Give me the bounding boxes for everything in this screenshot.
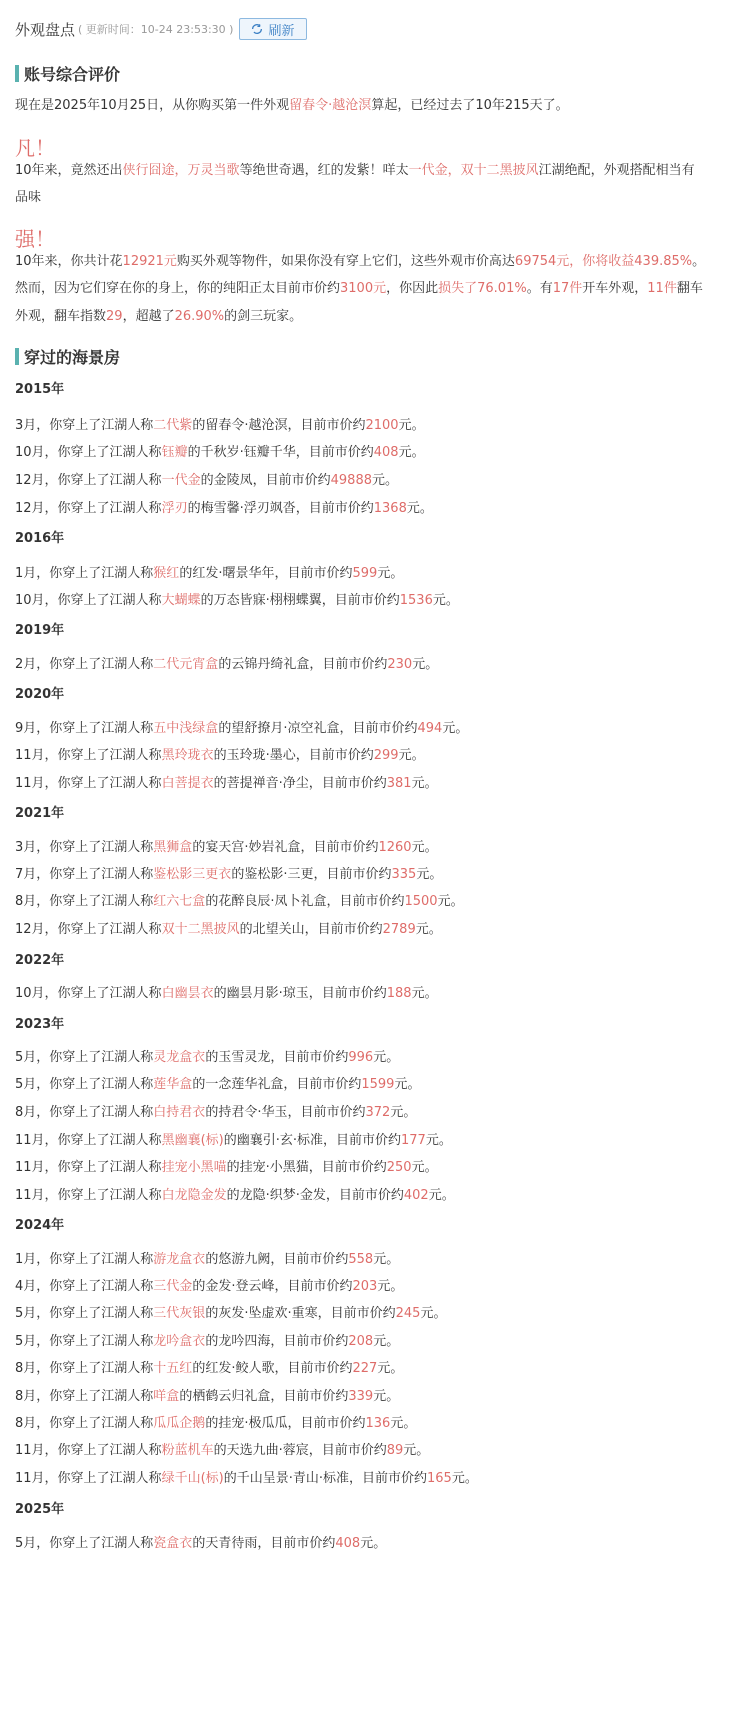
year-heading: 2016年 xyxy=(15,527,64,546)
item-month: 11月 xyxy=(15,1160,45,1175)
qiang-text: ，你因此 xyxy=(386,281,438,296)
list-item: 11月，你穿上了江湖人称白龙隐金发的龙隐·织梦·金发，目前市价约402元。 xyxy=(15,1184,455,1203)
item-name: 悠游九阙 xyxy=(218,1252,270,1267)
list-item: 10月，你穿上了江湖人称大蝴蝶的万态皆寐·栩栩蝶翼，目前市价约1536元。 xyxy=(15,589,459,608)
item-nickname: 猴红 xyxy=(153,566,179,581)
refresh-button[interactable]: 刷新 xyxy=(239,18,307,40)
item-text: 的 xyxy=(205,1252,218,1267)
item-text: ，你穿上了江湖人称 xyxy=(36,1361,153,1376)
item-text: 的 xyxy=(192,840,205,855)
item-text: ，目前市价约 xyxy=(296,445,374,460)
item-month: 8月 xyxy=(15,1105,36,1120)
list-item: 12月，你穿上了江湖人称双十二黑披风的北望关山，目前市价约2789元。 xyxy=(15,918,442,937)
item-month: 8月 xyxy=(15,1416,36,1431)
item-month: 12月 xyxy=(15,501,45,516)
item-text: ，目前市价约 xyxy=(270,1252,348,1267)
item-name: 金陵凤 xyxy=(214,473,253,488)
item-name: 红发·曙景华年 xyxy=(192,566,274,581)
item-text: ，你穿上了江湖人称 xyxy=(36,894,153,909)
item-text: ，你穿上了江湖人称 xyxy=(36,1105,153,1120)
item-nickname: 钰瓣 xyxy=(162,445,188,460)
item-name: 花醉良辰·凤卜礼盒 xyxy=(218,894,326,909)
item-text: ，你穿上了江湖人称 xyxy=(36,840,153,855)
item-text: 元。 xyxy=(433,593,459,608)
market-value: 69754元，你将收益439.85% xyxy=(515,254,692,269)
item-nickname: 龙吟盒衣 xyxy=(153,1334,205,1349)
item-text: ，你穿上了江湖人称 xyxy=(45,986,162,1001)
list-item: 11月，你穿上了江湖人称黑玲珑衣的玉玲珑·墨心，目前市价约299元。 xyxy=(15,744,425,763)
item-text: 的 xyxy=(240,922,253,937)
item-nickname: 黑狮盒 xyxy=(153,840,192,855)
qiang-text: 开车外观， xyxy=(582,281,647,296)
item-text: ，目前市价约 xyxy=(296,748,374,763)
item-text: ，目前市价约 xyxy=(309,776,387,791)
item-price: 49888 xyxy=(331,473,372,488)
item-price: 402 xyxy=(404,1188,429,1203)
section-title-text: 穿过的海景房 xyxy=(24,345,120,368)
fan-line2: 品味 xyxy=(15,184,41,212)
item-text: 元。 xyxy=(373,1050,399,1065)
item-text: 元。 xyxy=(403,1443,429,1458)
list-item: 1月，你穿上了江湖人称游龙盒衣的悠游九阙，目前市价约558元。 xyxy=(15,1248,399,1267)
item-price: 208 xyxy=(348,1334,373,1349)
item-text: 元。 xyxy=(420,1306,446,1321)
item-nickname: 白龙隐金发 xyxy=(162,1188,227,1203)
item-text: ，你穿上了江湖人称 xyxy=(36,1536,153,1551)
item-nickname: 灵龙盒衣 xyxy=(153,1050,205,1065)
item-name: 挂宠·极瓜瓜 xyxy=(218,1416,287,1431)
item-price: 381 xyxy=(387,776,412,791)
list-item: 11月，你穿上了江湖人称挂宠小黑喵的挂宠·小黑猫，目前市价约250元。 xyxy=(15,1156,438,1175)
item-name: 挂宠·小黑猫 xyxy=(240,1160,309,1175)
item-text: 的 xyxy=(192,1536,205,1551)
item-text: ，你穿上了江湖人称 xyxy=(36,1389,153,1404)
year-heading: 2015年 xyxy=(15,378,64,397)
item-text: 元。 xyxy=(407,501,433,516)
item-month: 8月 xyxy=(15,1389,36,1404)
item-text: 的 xyxy=(192,1077,205,1092)
item-month: 11月 xyxy=(15,1443,45,1458)
item-text: ，你穿上了江湖人称 xyxy=(36,1077,153,1092)
item-text: 元。 xyxy=(438,894,464,909)
list-item: 5月，你穿上了江湖人称灵龙盒衣的玉雪灵龙，目前市价约996元。 xyxy=(15,1046,399,1065)
item-text: 元。 xyxy=(390,1416,416,1431)
item-nickname: 白持君衣 xyxy=(153,1105,205,1120)
item-name: 千山呈景·青山·标准 xyxy=(237,1471,349,1486)
item-nickname: 五中浅绿盒 xyxy=(153,721,218,736)
item-text: ，你穿上了江湖人称 xyxy=(36,1050,153,1065)
item-price: 177 xyxy=(401,1133,426,1148)
item-text: ，目前市价约 xyxy=(257,1536,335,1551)
item-name: 玉玲珑·墨心 xyxy=(227,748,296,763)
item-name: 幽襄引·玄·标准 xyxy=(237,1133,323,1148)
item-name: 持君令·华玉 xyxy=(218,1105,287,1120)
item-name: 梅雪馨·浮刃飒沓 xyxy=(201,501,296,516)
list-item: 5月，你穿上了江湖人称瓷盒衣的天青待雨，目前市价约408元。 xyxy=(15,1532,386,1551)
fan-text: 10年来，竟然还出 xyxy=(15,163,123,178)
refresh-label: 刷新 xyxy=(268,20,294,39)
item-name: 幽昙月影·琼玉 xyxy=(227,986,309,1001)
item-nickname: 咩盒 xyxy=(153,1389,179,1404)
page-title: 外观盘点 xyxy=(15,19,75,40)
item-nickname: 浮刃 xyxy=(162,501,188,516)
item-text: 元。 xyxy=(452,1471,478,1486)
item-text: 元。 xyxy=(416,922,442,937)
item-price: 136 xyxy=(365,1416,390,1431)
item-text: ，目前市价约 xyxy=(339,721,417,736)
item-price: 996 xyxy=(348,1050,373,1065)
item-text: ，你穿上了江湖人称 xyxy=(45,1133,162,1148)
item-text: 的 xyxy=(205,1105,218,1120)
qiang-text: 翻车 xyxy=(677,281,703,296)
item-text: ，目前市价约 xyxy=(270,1334,348,1349)
item-month: 8月 xyxy=(15,894,36,909)
list-item: 8月，你穿上了江湖人称十五红的红发·鲛人歌，目前市价约227元。 xyxy=(15,1357,403,1376)
item-month: 10月 xyxy=(15,593,45,608)
qiang-text: 购买外观等物件，如果你没有穿上它们，这些外观市价高达 xyxy=(177,254,515,269)
item-text: 元。 xyxy=(390,1105,416,1120)
item-text: ，目前市价约 xyxy=(326,894,404,909)
list-item: 8月，你穿上了江湖人称白持君衣的持君令·华玉，目前市价约372元。 xyxy=(15,1101,416,1120)
section-title-evaluation: 账号综合评价 xyxy=(15,62,120,84)
item-text: ，你穿上了江湖人称 xyxy=(36,1252,153,1267)
item-price: 1260 xyxy=(378,840,411,855)
item-text: 元。 xyxy=(373,1252,399,1267)
item-name: 玉雪灵龙 xyxy=(218,1050,270,1065)
item-text: 的 xyxy=(205,1334,218,1349)
qiang-text: 10年来，你共计花 xyxy=(15,254,123,269)
list-item: 5月，你穿上了江湖人称三代灰银的灰发·坠虚欢·重寒，目前市价约245元。 xyxy=(15,1302,446,1321)
item-nickname: 瓷盒衣 xyxy=(153,1536,192,1551)
item-text: ，目前市价约 xyxy=(318,1306,396,1321)
item-price: 2100 xyxy=(365,418,398,433)
item-month: 5月 xyxy=(15,1077,36,1092)
item-name: 千秋岁·钰瓣千华 xyxy=(201,445,296,460)
item-text: 的 xyxy=(192,1279,205,1294)
list-item: 7月，你穿上了江湖人称鉴松影三更衣的鉴松影·三更，目前市价约335元。 xyxy=(15,863,442,882)
item-text: 的 xyxy=(201,593,214,608)
year-heading: 2022年 xyxy=(15,949,64,968)
item-text: 元。 xyxy=(412,657,438,672)
item-text: 元。 xyxy=(426,1133,452,1148)
list-item: 10月，你穿上了江湖人称钰瓣的千秋岁·钰瓣千华，目前市价约408元。 xyxy=(15,441,425,460)
item-nickname: 粉蓝机车 xyxy=(162,1443,214,1458)
item-text: ，你穿上了江湖人称 xyxy=(36,721,153,736)
item-text: 的 xyxy=(179,1389,192,1404)
list-item: 9月，你穿上了江湖人称五中浅绿盒的望舒撩月·凉空礼盒，目前市价约494元。 xyxy=(15,717,468,736)
item-price: 1368 xyxy=(374,501,407,516)
item-text: 的 xyxy=(205,1416,218,1431)
item-nickname: 瓜瓜企鹅 xyxy=(153,1416,205,1431)
item-price: 408 xyxy=(335,1536,360,1551)
item-text: 元。 xyxy=(412,840,438,855)
item-nickname: 黑幽襄(标) xyxy=(162,1133,224,1148)
list-item: 3月，你穿上了江湖人称黑狮盒的宴天宫·妙岩礼盒，目前市价约1260元。 xyxy=(15,836,438,855)
item-price: 230 xyxy=(387,657,412,672)
rank-percent: 26.90% xyxy=(175,309,225,324)
item-nickname: 莲华盒 xyxy=(153,1077,192,1092)
item-nickname: 鉴松影三更衣 xyxy=(153,867,231,882)
item-month: 11月 xyxy=(15,1188,45,1203)
item-text: 的 xyxy=(227,1188,240,1203)
item-month: 7月 xyxy=(15,867,36,882)
item-nickname: 二代紫 xyxy=(153,418,192,433)
item-name: 万态皆寐·栩栩蝶翼 xyxy=(214,593,322,608)
item-nickname: 红六七盒 xyxy=(153,894,205,909)
item-text: 的 xyxy=(231,867,244,882)
item-nickname: 绿千山(标) xyxy=(162,1471,224,1486)
item-price: 599 xyxy=(352,566,377,581)
item-text: ，你穿上了江湖人称 xyxy=(36,566,153,581)
item-month: 5月 xyxy=(15,1334,36,1349)
item-price: 1500 xyxy=(404,894,437,909)
item-month: 1月 xyxy=(15,1252,36,1267)
item-text: ，目前市价约 xyxy=(313,867,391,882)
item-price: 1599 xyxy=(361,1077,394,1092)
list-item: 8月，你穿上了江湖人称瓜瓜企鹅的挂宠·极瓜瓜，目前市价约136元。 xyxy=(15,1412,416,1431)
item-text: 的 xyxy=(218,657,231,672)
item-nickname: 白菩提衣 xyxy=(162,776,214,791)
item-name: 龙隐·织梦·金发 xyxy=(240,1188,326,1203)
item-month: 11月 xyxy=(15,776,45,791)
item-text: ，你穿上了江湖人称 xyxy=(45,501,162,516)
item-name: 天青待雨 xyxy=(205,1536,257,1551)
list-item: 12月，你穿上了江湖人称一代金的金陵凤，目前市价约49888元。 xyxy=(15,469,398,488)
item-text: ，你穿上了江湖人称 xyxy=(36,867,153,882)
item-text: ，目前市价约 xyxy=(287,1416,365,1431)
item-month: 12月 xyxy=(15,473,45,488)
intro-text: 现在是2025年10月25日，从你购买第一件外观留春令·越沧溟算起，已经过去了1… xyxy=(15,92,569,120)
item-text: 元。 xyxy=(442,721,468,736)
item-text: ，目前市价约 xyxy=(326,1188,404,1203)
item-price: 1536 xyxy=(400,593,433,608)
item-month: 5月 xyxy=(15,1306,36,1321)
qiang-line2: 然而，因为它们穿在你的身上，你的纯阳正太目前市价约3100元，你因此损失了76.… xyxy=(15,275,703,303)
list-item: 5月，你穿上了江湖人称龙吟盒衣的龙吟四海，目前市价约208元。 xyxy=(15,1330,399,1349)
item-text: 元。 xyxy=(412,776,438,791)
item-text: ，你穿上了江湖人称 xyxy=(45,473,162,488)
item-name: 望舒撩月·凉空礼盒 xyxy=(231,721,339,736)
item-text: ，目前市价约 xyxy=(296,501,374,516)
item-price: 299 xyxy=(374,748,399,763)
fan-line1: 10年来，竟然还出侠行囧途，万灵当歌等绝世奇遇，红的发紫！咩太一代金，双十二黑披… xyxy=(15,157,695,185)
item-text: ，你穿上了江湖人称 xyxy=(45,922,162,937)
item-text: ，目前市价约 xyxy=(323,1133,401,1148)
item-text: 元。 xyxy=(373,1389,399,1404)
year-heading: 2025年 xyxy=(15,1498,64,1517)
item-nickname: 挂宠小黑喵 xyxy=(162,1160,227,1175)
item-text: ，目前市价约 xyxy=(287,418,365,433)
item-text: ，目前市价约 xyxy=(274,1361,352,1376)
item-month: 11月 xyxy=(15,1471,45,1486)
item-nickname: 大蝴蝶 xyxy=(162,593,201,608)
item-text: 元。 xyxy=(399,445,425,460)
item-text: 的 xyxy=(179,566,192,581)
item-price: 558 xyxy=(348,1252,373,1267)
item-nickname: 十五红 xyxy=(153,1361,192,1376)
item-text: ，你穿上了江湖人称 xyxy=(36,418,153,433)
item-text: 的 xyxy=(214,1443,227,1458)
item-text: ，目前市价约 xyxy=(283,1077,361,1092)
item-text: ，你穿上了江湖人称 xyxy=(45,1471,162,1486)
item-text: 元。 xyxy=(394,1077,420,1092)
fan-highlight: 一代金，双十二黑披风 xyxy=(409,163,539,178)
bad-count: 11件 xyxy=(647,281,677,296)
item-month: 9月 xyxy=(15,721,36,736)
year-heading: 2023年 xyxy=(15,1013,64,1032)
item-price: 227 xyxy=(352,1361,377,1376)
item-text: ，目前市价约 xyxy=(349,1471,427,1486)
year-heading: 2020年 xyxy=(15,683,64,702)
section-accent-bar xyxy=(15,65,19,82)
item-name: 鉴松影·三更 xyxy=(244,867,313,882)
item-text: ，目前市价约 xyxy=(287,1105,365,1120)
list-item: 11月，你穿上了江湖人称粉蓝机车的天选九曲·蓉宸，目前市价约89元。 xyxy=(15,1439,429,1458)
item-text: ，目前市价约 xyxy=(270,1389,348,1404)
qiang-text: 。有 xyxy=(527,281,553,296)
list-item: 8月，你穿上了江湖人称红六七盒的花醉良辰·凤卜礼盒，目前市价约1500元。 xyxy=(15,890,464,909)
item-text: ，目前市价约 xyxy=(309,1160,387,1175)
list-item: 11月，你穿上了江湖人称黑幽襄(标)的幽襄引·玄·标准，目前市价约177元。 xyxy=(15,1129,452,1148)
section-title-history: 穿过的海景房 xyxy=(15,345,120,367)
item-month: 3月 xyxy=(15,840,36,855)
qiang-line3: 外观，翻车指数29，超越了26.90%的剑三玩家。 xyxy=(15,303,302,331)
list-item: 11月，你穿上了江湖人称白菩提衣的菩提禅音·净尘，目前市价约381元。 xyxy=(15,772,438,791)
item-text: 元。 xyxy=(412,1160,438,1175)
item-price: 203 xyxy=(352,1279,377,1294)
refresh-icon xyxy=(250,22,264,36)
item-text: ，目前市价约 xyxy=(300,840,378,855)
item-text: ，你穿上了江湖人称 xyxy=(36,1416,153,1431)
item-nickname: 黑玲珑衣 xyxy=(162,748,214,763)
item-text: 元。 xyxy=(372,473,398,488)
qiang-text: 外观，翻车指数 xyxy=(15,309,106,324)
item-nickname: 三代灰银 xyxy=(153,1306,205,1321)
item-text: ，你穿上了江湖人称 xyxy=(45,1188,162,1203)
item-price: 165 xyxy=(427,1471,452,1486)
qiang-text: 然而，因为它们穿在你的身上，你的纯阳正太目前市价约 xyxy=(15,281,340,296)
item-text: 的 xyxy=(192,1361,205,1376)
item-text: ，你穿上了江湖人称 xyxy=(45,593,162,608)
item-text: 元。 xyxy=(416,867,442,882)
item-name: 天选九曲·蓉宸 xyxy=(227,1443,309,1458)
item-price: 250 xyxy=(387,1160,412,1175)
first-outfit: 留春令·越沧溟 xyxy=(289,98,371,113)
item-text: ，你穿上了江湖人称 xyxy=(45,1160,162,1175)
list-item: 1月，你穿上了江湖人称猴红的红发·曙景华年，目前市价约599元。 xyxy=(15,562,403,581)
item-month: 8月 xyxy=(15,1361,36,1376)
item-text: ，目前市价约 xyxy=(253,473,331,488)
item-text: ，目前市价约 xyxy=(309,657,387,672)
item-price: 339 xyxy=(348,1389,373,1404)
item-text: 元。 xyxy=(399,748,425,763)
total-spent: 12921元 xyxy=(123,254,177,269)
list-item: 4月，你穿上了江湖人称三代金的金发·登云峰，目前市价约203元。 xyxy=(15,1275,403,1294)
qiang-line1: 10年来，你共计花12921元购买外观等物件，如果你没有穿上它们，这些外观市价高… xyxy=(15,248,705,276)
item-month: 4月 xyxy=(15,1279,36,1294)
item-text: ，你穿上了江湖人称 xyxy=(45,748,162,763)
item-text: ，目前市价约 xyxy=(305,922,383,937)
qiang-text: 。 xyxy=(692,254,705,269)
item-month: 11月 xyxy=(15,1133,45,1148)
item-text: 元。 xyxy=(429,1188,455,1203)
item-nickname: 一代金 xyxy=(162,473,201,488)
item-text: 的 xyxy=(205,1050,218,1065)
list-item: 5月，你穿上了江湖人称莲华盒的一念莲华礼盒，目前市价约1599元。 xyxy=(15,1073,420,1092)
item-text: ，你穿上了江湖人称 xyxy=(36,1279,153,1294)
item-text: 的 xyxy=(188,445,201,460)
item-text: 的 xyxy=(214,776,227,791)
item-text: ，你穿上了江湖人称 xyxy=(36,1306,153,1321)
item-month: 1月 xyxy=(15,566,36,581)
item-text: 的 xyxy=(224,1471,237,1486)
item-month: 3月 xyxy=(15,418,36,433)
item-text: 的 xyxy=(205,1306,218,1321)
account-value: 3100元 xyxy=(340,281,386,296)
item-month: 10月 xyxy=(15,986,45,1001)
item-month: 5月 xyxy=(15,1536,36,1551)
item-text: 的 xyxy=(224,1133,237,1148)
intro-pre: 现在是2025年10月25日，从你购买第一件外观 xyxy=(15,98,289,113)
item-name: 宴天宫·妙岩礼盒 xyxy=(205,840,300,855)
item-text: 的 xyxy=(227,1160,240,1175)
section-accent-bar xyxy=(15,348,19,365)
item-name: 灰发·坠虚欢·重寒 xyxy=(218,1306,317,1321)
item-text: 的 xyxy=(192,418,205,433)
fan-highlight: 侠行囧途，万灵当歌 xyxy=(123,163,240,178)
item-text: 的 xyxy=(201,473,214,488)
fan-text: 等绝世奇遇，红的发紫！咩太 xyxy=(240,163,409,178)
list-item: 8月，你穿上了江湖人称咩盒的栖鹤云归礼盒，目前市价约339元。 xyxy=(15,1385,399,1404)
item-month: 5月 xyxy=(15,1050,36,1065)
item-price: 188 xyxy=(387,986,412,1001)
item-month: 10月 xyxy=(15,445,45,460)
item-name: 红发·鲛人歌 xyxy=(205,1361,274,1376)
page-header: 外观盘点 ( 更新时间：10-24 23:53:30 ) 刷新 xyxy=(15,0,741,59)
intro-post: 算起，已经过去了10年215天了。 xyxy=(371,98,568,113)
item-month: 11月 xyxy=(15,748,45,763)
item-text: ，目前市价约 xyxy=(274,1279,352,1294)
year-heading: 2019年 xyxy=(15,619,64,638)
item-name: 龙吟四海 xyxy=(218,1334,270,1349)
item-text: 元。 xyxy=(412,986,438,1001)
list-item: 10月，你穿上了江湖人称白幽昙衣的幽昙月影·琼玉，目前市价约188元。 xyxy=(15,982,438,1001)
item-price: 2789 xyxy=(383,922,416,937)
item-text: ，目前市价约 xyxy=(322,593,400,608)
list-item: 3月，你穿上了江湖人称二代紫的留春令·越沧溟，目前市价约2100元。 xyxy=(15,414,425,433)
item-nickname: 三代金 xyxy=(153,1279,192,1294)
item-nickname: 白幽昙衣 xyxy=(162,986,214,1001)
item-text: 元。 xyxy=(377,1279,403,1294)
list-item: 2月，你穿上了江湖人称二代元宵盒的云锦丹绮礼盒，目前市价约230元。 xyxy=(15,653,438,672)
item-text: ，你穿上了江湖人称 xyxy=(45,776,162,791)
item-text: 的 xyxy=(214,748,227,763)
item-nickname: 双十二黑披风 xyxy=(162,922,240,937)
item-text: ，目前市价约 xyxy=(309,1443,387,1458)
item-price: 494 xyxy=(417,721,442,736)
fan-text: 江湖绝配，外观搭配相当有 xyxy=(539,163,695,178)
item-price: 245 xyxy=(396,1306,421,1321)
item-text: 的 xyxy=(205,894,218,909)
item-name: 金发·登云峰 xyxy=(205,1279,274,1294)
section-title-text: 账号综合评价 xyxy=(24,62,120,85)
list-item: 12月，你穿上了江湖人称浮刃的梅雪馨·浮刃飒沓，目前市价约1368元。 xyxy=(15,497,433,516)
item-text: 元。 xyxy=(399,418,425,433)
item-nickname: 二代元宵盒 xyxy=(153,657,218,672)
loss-percent: 损失了76.01% xyxy=(438,281,527,296)
item-text: 元。 xyxy=(377,566,403,581)
item-name: 菩提禅音·净尘 xyxy=(227,776,309,791)
